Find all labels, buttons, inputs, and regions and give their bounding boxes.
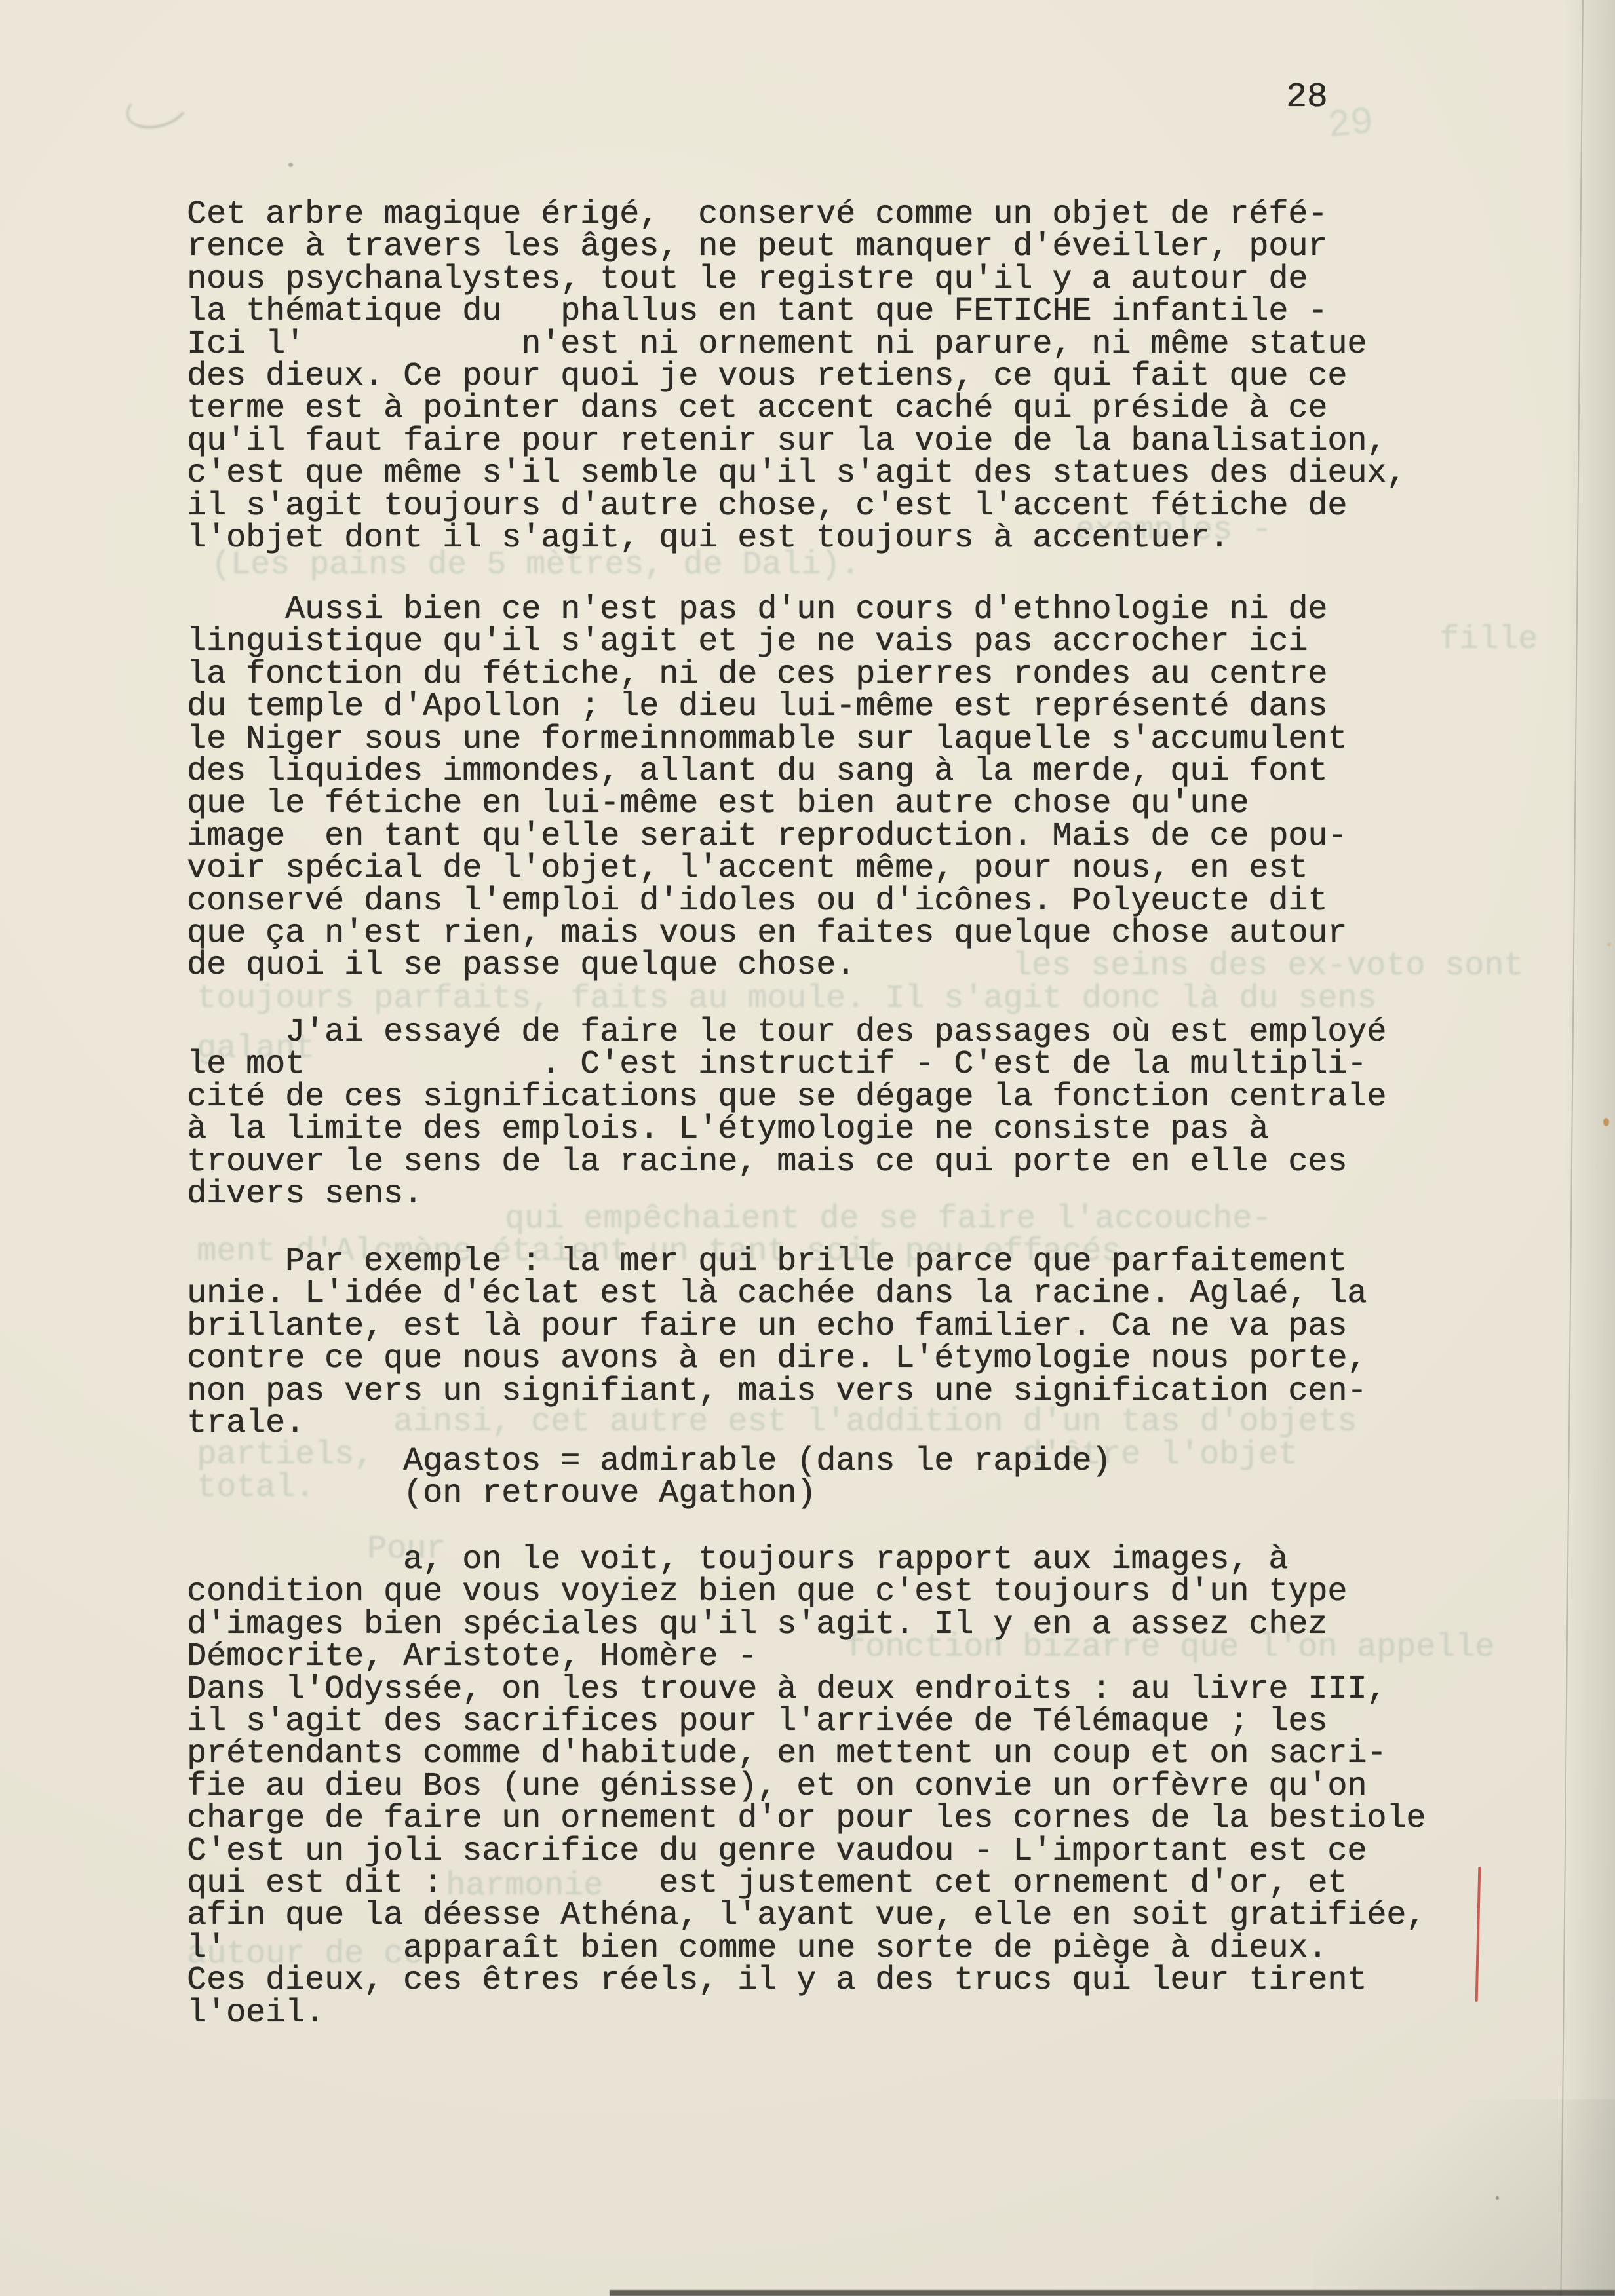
paragraph-aussi-bien: Aussi bien ce n'est pas d'un cours d'eth… [187,594,1347,982]
scanned-typescript-page: exemples -(Les pains de 5 mètres, de Dal… [0,0,1615,2296]
ghost-page-number: 29 [1326,102,1376,149]
paper-speck [1607,942,1611,946]
paragraph-arbre-magique: Cet arbre magique érigé, conservé comme … [187,199,1406,554]
paper-speck [1603,1118,1609,1126]
scan-right-shadow [1565,0,1615,2296]
ghost-text-line: toujours parfaits, faits au moule. Il s'… [197,983,1376,1015]
scan-corner-shade [1313,2099,1615,2296]
paragraph-jai-essaye: J'ai essayé de faire le tour des passage… [187,1016,1386,1210]
paper-speck [288,163,293,167]
scan-bottom-edge [610,2290,1615,2296]
paragraph-agastos-definition: Agastos = admirable (dans le rapide) (on… [187,1445,1111,1510]
paper-speck [1496,2196,1499,2200]
paragraph-odyssee: a, on le voit, toujours rapport aux imag… [187,1544,1426,2029]
ghost-text-line: fille [1439,624,1538,656]
paragraph-par-exemple: Par exemple : la mer qui brille parce qu… [187,1246,1367,1440]
page-number: 28 [1286,77,1328,117]
